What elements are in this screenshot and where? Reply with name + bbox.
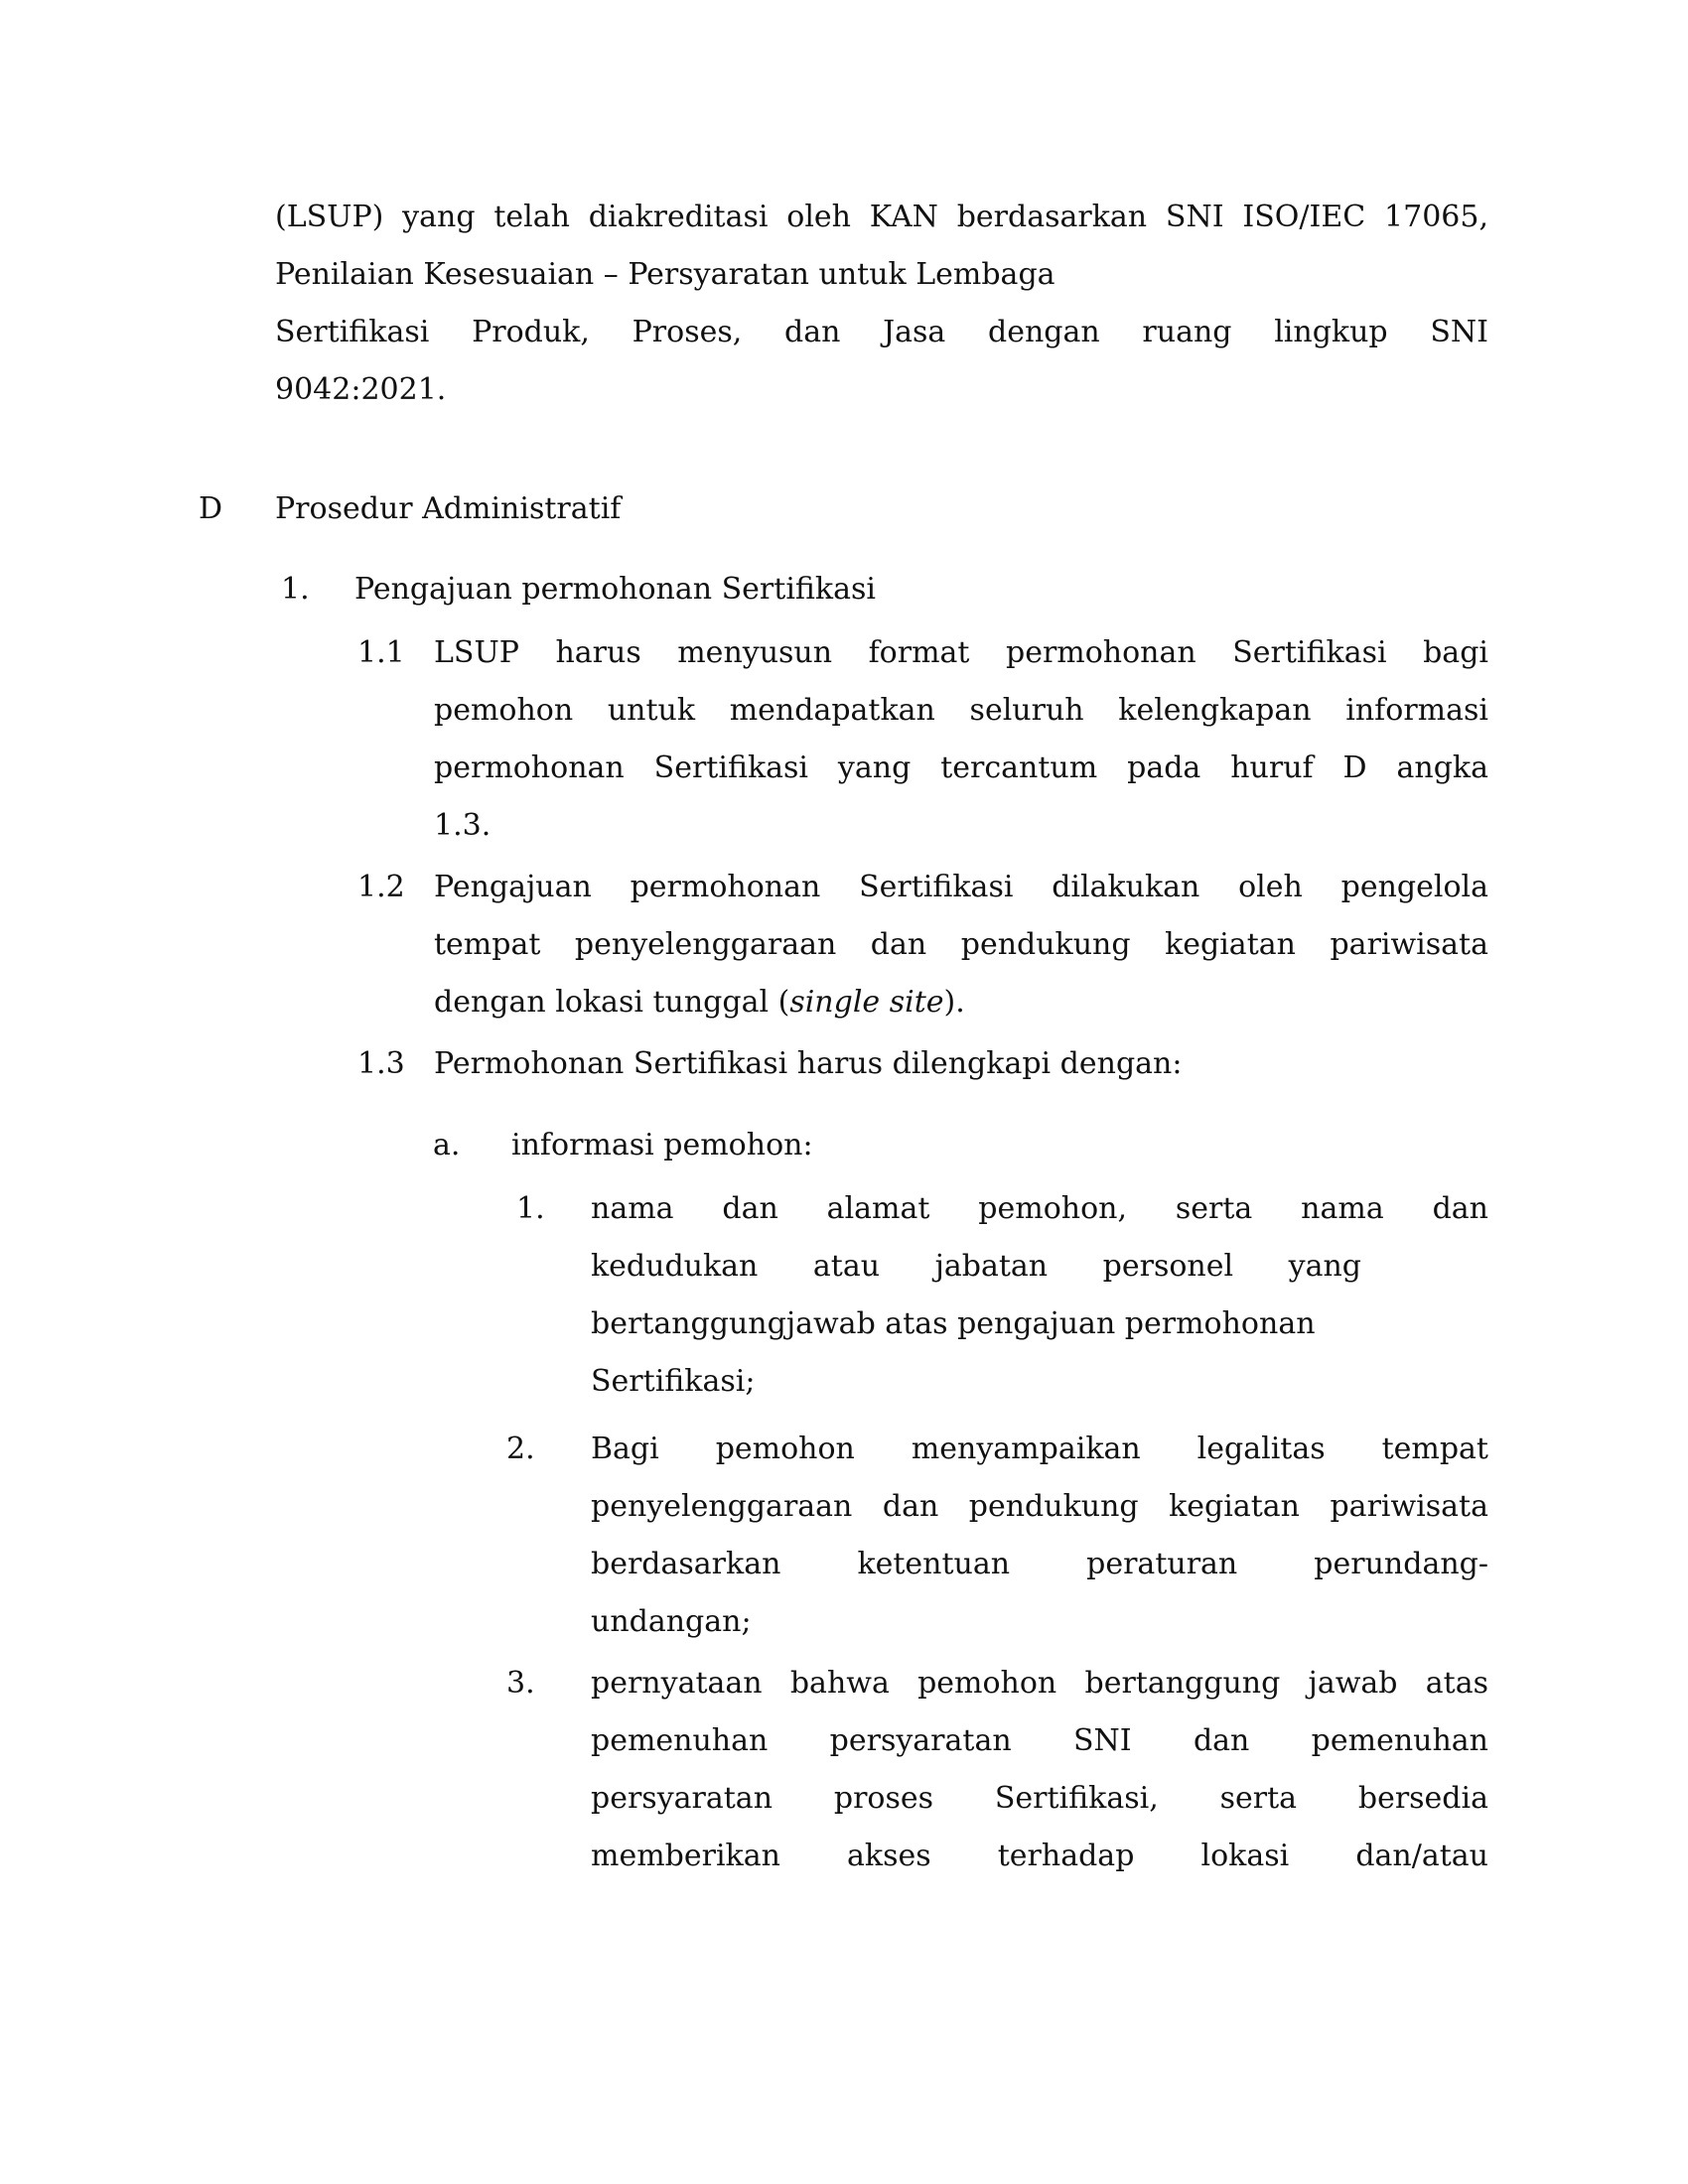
section-marker: D (199, 480, 222, 538)
subitem-1-3-text: Permohonan Sertifikasi harus dilengkapi … (434, 1035, 1182, 1093)
numbered-item-text: Bagi pemohon menyampaikan legalitas temp… (591, 1421, 1488, 1651)
intro-paragraph: (LSUP) yang telah diakreditasi oleh KAN … (275, 189, 1488, 419)
text-line: LSUP harus menyusun format permohonan Se… (434, 624, 1488, 682)
text-line: nama dan alamat pemohon, serta nama dan (591, 1180, 1488, 1238)
text-line: undangan; (591, 1593, 1488, 1651)
text-line: tempat penyelenggaraan dan pendukung keg… (434, 916, 1488, 974)
subitem-1-1-text: LSUP harus menyusun format permohonan Se… (434, 624, 1488, 855)
intro-line: (LSUP) yang telah diakreditasi oleh KAN … (275, 189, 1488, 246)
intro-line: Sertifikasi Produk, Proses, dan Jasa den… (275, 304, 1488, 361)
numbered-item-marker: 2. (506, 1421, 535, 1478)
text-line: dengan lokasi tunggal (single site). (434, 974, 1488, 1031)
item-number: 1. (281, 561, 310, 618)
text-line: bertanggungjawab atas pengajuan permohon… (591, 1296, 1488, 1353)
intro-line: Penilaian Kesesuaian – Persyaratan untuk… (275, 246, 1488, 304)
subitem-number: 1.2 (357, 859, 405, 916)
numbered-item-text: nama dan alamat pemohon, serta nama dan … (591, 1180, 1488, 1411)
numbered-item-marker: 1. (516, 1180, 545, 1238)
italic-term: single site (789, 985, 943, 1020)
text-line: persyaratan proses Sertifikasi, serta be… (591, 1770, 1488, 1828)
text-line: pernyataan bahwa pemohon bertanggung jaw… (591, 1655, 1488, 1712)
item-title: Pengajuan permohonan Sertifikasi (354, 561, 876, 618)
subitem-1-2-text: Pengajuan permohonan Sertifikasi dilakuk… (434, 859, 1488, 1031)
numbered-item-marker: 3. (506, 1655, 535, 1712)
text-line: pemohon untuk mendapatkan seluruh keleng… (434, 682, 1488, 740)
subitem-number: 1.1 (357, 624, 405, 682)
text-line: Bagi pemohon menyampaikan legalitas temp… (591, 1421, 1488, 1478)
text-line: Sertifikasi; (591, 1353, 1488, 1411)
text-fragment: ). (944, 985, 965, 1020)
text-line: penyelenggaraan dan pendukung kegiatan p… (591, 1478, 1488, 1536)
text-line: permohonan Sertifikasi yang tercantum pa… (434, 740, 1488, 797)
text-line: pemenuhan persyaratan SNI dan pemenuhan (591, 1712, 1488, 1770)
text-line: Pengajuan permohonan Sertifikasi dilakuk… (434, 859, 1488, 916)
letter-item-text: informasi pemohon: (511, 1117, 813, 1174)
intro-line: 9042:2021. (275, 361, 1488, 419)
text-line: 1.3. (434, 797, 1488, 855)
subitem-number: 1.3 (357, 1035, 405, 1093)
letter-item-marker: a. (433, 1117, 460, 1174)
text-fragment: dengan lokasi tunggal ( (434, 985, 789, 1020)
numbered-item-text: pernyataan bahwa pemohon bertanggung jaw… (591, 1655, 1488, 1885)
text-line: memberikan akses terhadap lokasi dan/ata… (591, 1828, 1488, 1885)
section-title: Prosedur Administratif (275, 480, 621, 538)
text-line: berdasarkan ketentuan peraturan perundan… (591, 1536, 1488, 1593)
text-line: kedudukan atau jabatan personel yang (591, 1238, 1361, 1296)
